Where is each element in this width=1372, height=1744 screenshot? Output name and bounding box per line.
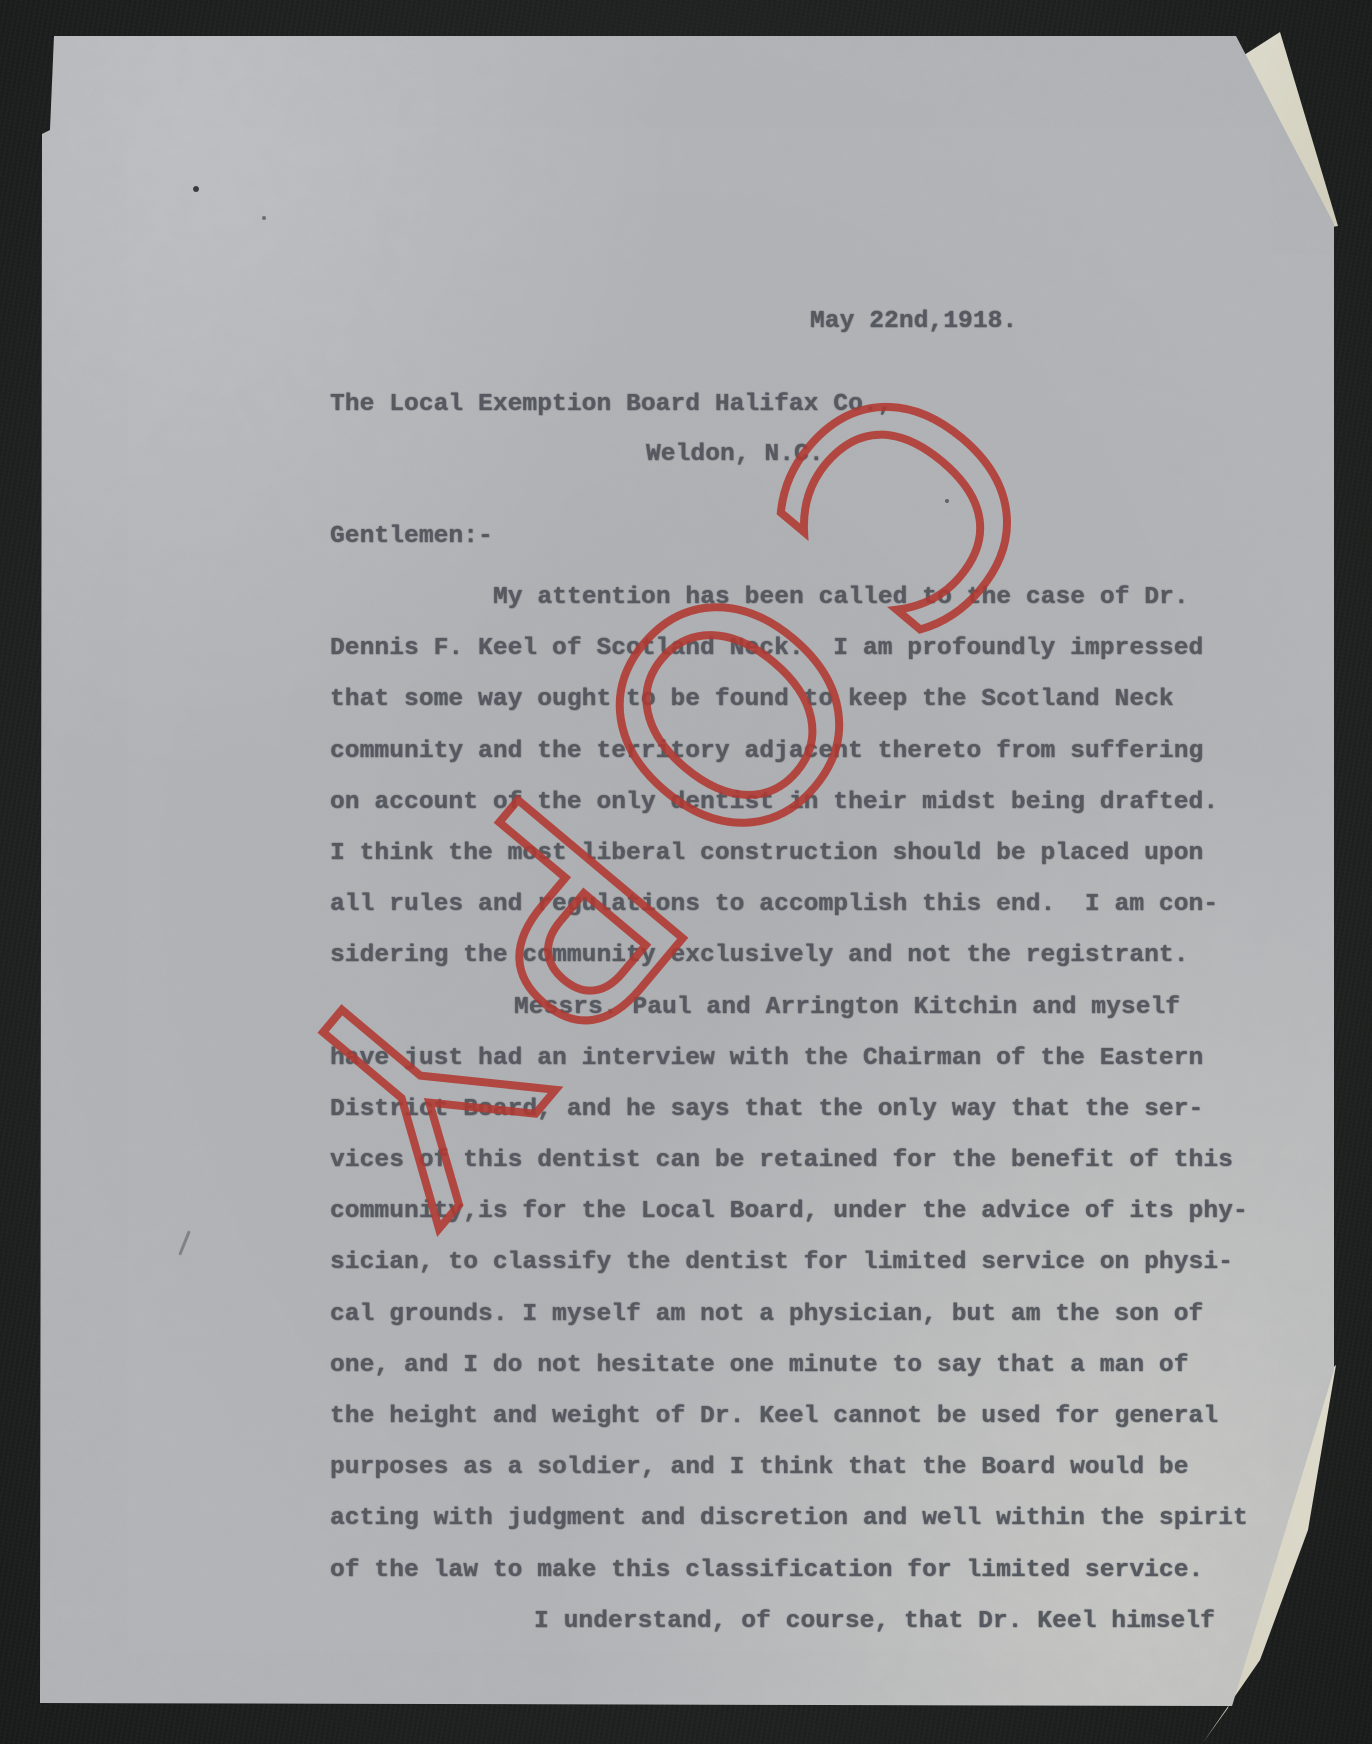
ink-speck [262,216,266,220]
letter-line: cal grounds. I myself am not a physician… [330,1289,1248,1340]
letter-line: the height and weight of Dr. Keel cannot… [330,1391,1248,1442]
letter-page: May 22nd,1918. The Local Exemption Board… [40,34,1336,1714]
letter-line: purposes as a soldier, and I think that … [330,1442,1248,1493]
letter-salutation: Gentlemen:- [330,523,493,550]
letter-line: of the law to make this classification f… [330,1545,1248,1596]
letter-line: I understand, of course, that Dr. Keel h… [330,1596,1248,1647]
ink-speck [193,186,199,192]
letter-line: one, and I do not hesitate one minute to… [330,1340,1248,1391]
scan-background: May 22nd,1918. The Local Exemption Board… [0,0,1372,1744]
letter-line: acting with judgment and discretion and … [330,1493,1248,1544]
stray-pen-mark [178,1230,191,1255]
